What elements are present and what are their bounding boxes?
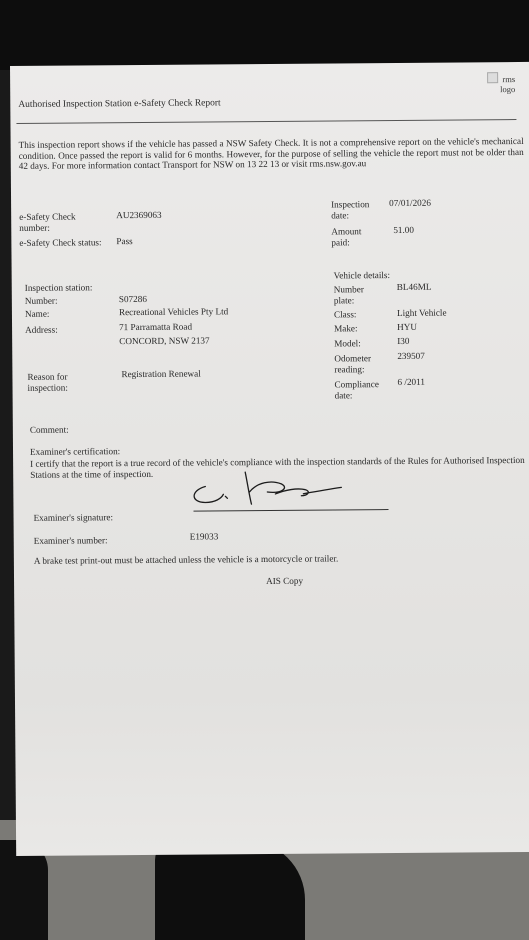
compliance-label: Compliance date: [334,379,384,401]
rms-logo: rms logo [487,72,515,94]
station-address-label: Address: [25,324,111,336]
station-address-line2: CONCORD, NSW 2137 [119,335,210,347]
brake-test-note: A brake test print-out must be attached … [34,552,514,567]
station-address-line1: 71 Parramatta Road [119,322,192,334]
amount-paid: 51.00 [393,225,414,236]
signature-label: Examiner's signature: [34,512,184,524]
broken-image-icon [487,72,498,83]
certification-heading: Examiner's certification: [30,445,230,458]
amount-paid-label: Amount paid: [331,226,381,248]
examiner-number: E19033 [190,531,219,542]
station-name: Recreational Vehicles Pty Ltd [119,306,228,318]
header-divider [16,119,516,124]
report-title: Authorised Inspection Station e-Safety C… [18,98,220,111]
examiner-signature [185,467,385,509]
comment-label: Comment: [30,424,116,436]
background-top [0,0,529,70]
check-status: Pass [116,236,132,247]
station-name-label: Name: [25,308,111,320]
odometer-label: Odometer reading: [334,353,384,375]
examiner-number-label: Examiner's number: [34,535,184,547]
plate-label: Number plate: [334,284,384,306]
vehicle-heading: Vehicle details: [334,270,454,282]
signature-line [193,509,388,512]
odometer-value: 239507 [397,351,425,362]
check-status-label: e-Safety Check status: [19,237,105,249]
report-paper: rms logo Authorised Inspection Station e… [10,62,529,856]
background-shoe-right [155,840,305,940]
check-number: AU2369063 [116,210,162,221]
check-number-label: e-Safety Check number: [19,211,105,234]
compliance-value: 6 /2011 [397,377,425,388]
station-number: S07286 [119,294,147,305]
intro-paragraph: This inspection report shows if the vehi… [19,136,524,171]
reason-label: Reason for inspection: [27,371,87,393]
make-value: HYU [397,322,417,333]
plate-value: BL46ML [397,282,432,293]
inspection-date-label: Inspection date: [331,199,381,221]
ais-copy-label: AIS Copy [266,576,303,587]
station-heading: Inspection station: [25,282,145,294]
station-number-label: Number: [25,295,111,307]
inspection-date: 07/01/2026 [389,198,431,209]
class-value: Light Vehicle [397,308,447,319]
reason-value: Registration Renewal [121,369,200,381]
model-value: I30 [397,336,409,347]
